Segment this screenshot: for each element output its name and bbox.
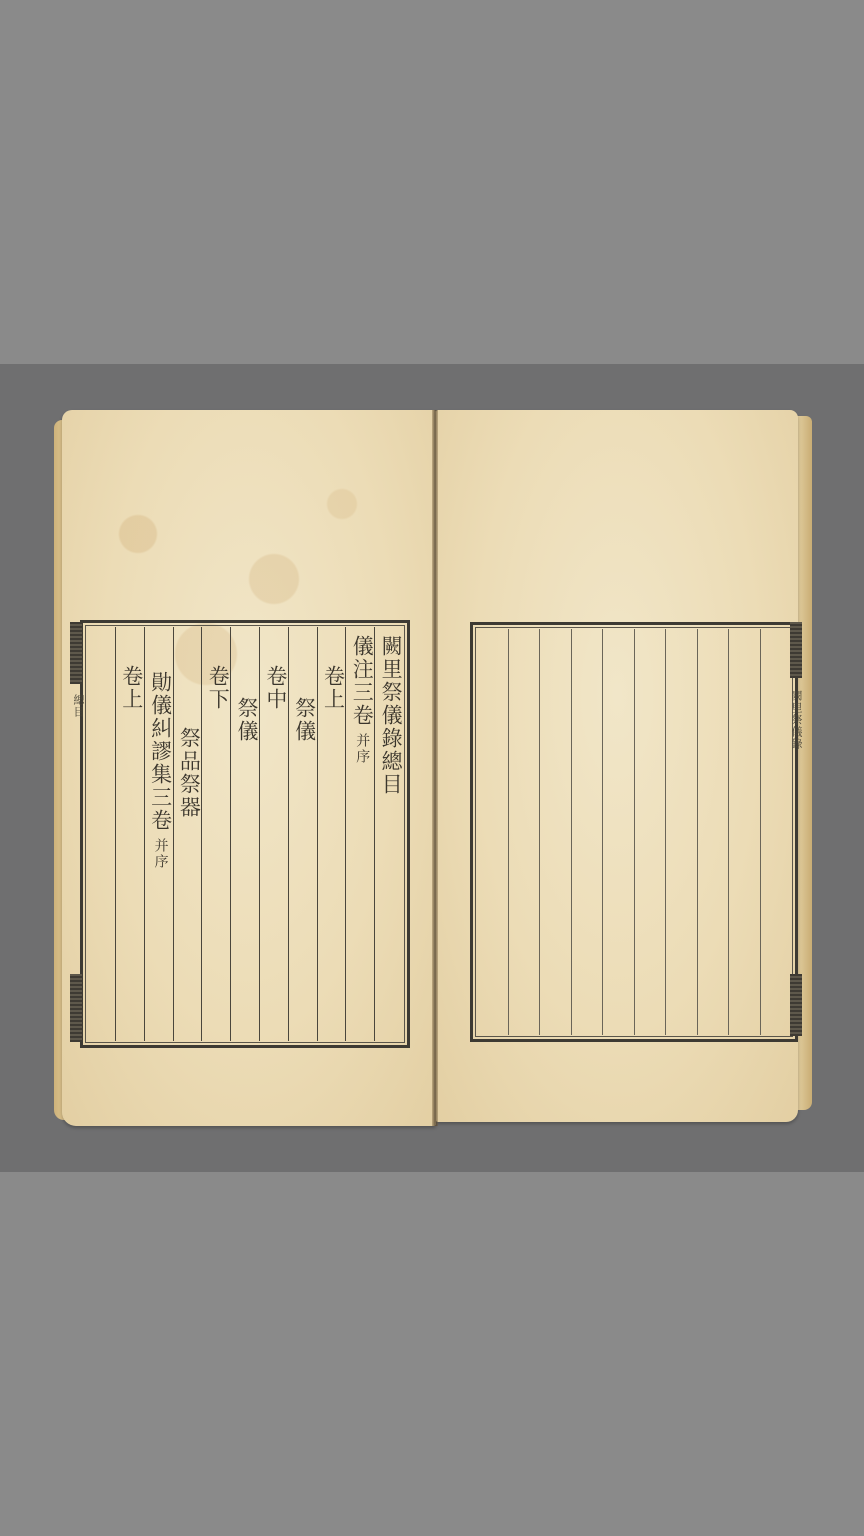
fishtail-strip-icon — [70, 974, 82, 1042]
blank-column — [508, 629, 540, 1035]
toc-entry: 祭儀 — [235, 697, 259, 743]
spine-label-right: 闕里祭儀錄 — [788, 690, 804, 750]
blank-column — [665, 629, 697, 1035]
book-photo: 闕里祭儀錄總目 儀注三卷并序 卷上 祭儀 卷中 祭儀 卷下 祭品祭器 — [0, 364, 864, 1172]
toc-column: 卷上 — [115, 627, 144, 1041]
fishtail-strip-icon — [790, 622, 802, 678]
toc-column: 祭品祭器 — [173, 627, 202, 1041]
right-page-frame — [470, 622, 798, 1042]
toc-column-empty — [87, 627, 115, 1041]
toc-entry: 卷上 — [120, 665, 144, 711]
left-page-columns: 闕里祭儀錄總目 儀注三卷并序 卷上 祭儀 卷中 祭儀 卷下 祭品祭器 — [87, 627, 403, 1041]
blank-column — [571, 629, 603, 1035]
blank-column — [539, 629, 571, 1035]
blank-column — [477, 629, 508, 1035]
left-page-frame: 闕里祭儀錄總目 儀注三卷并序 卷上 祭儀 卷中 祭儀 卷下 祭品祭器 — [80, 620, 410, 1048]
toc-entry: 儀注三卷 — [350, 635, 374, 727]
toc-column: 祭儀 — [288, 627, 317, 1041]
toc-column: 卷下 — [201, 627, 230, 1041]
right-page-columns — [477, 629, 791, 1035]
toc-entry: 祭品祭器 — [177, 727, 201, 819]
toc-column: 闕里祭儀錄總目 — [374, 627, 403, 1041]
toc-column: 儀注三卷并序 — [345, 627, 374, 1041]
toc-entry: 卷下 — [206, 665, 230, 711]
toc-column: 卷中 — [259, 627, 288, 1041]
toc-entry: 勛儀糾謬集三卷 — [149, 671, 173, 832]
blank-column — [634, 629, 666, 1035]
toc-note: 并序 — [154, 838, 168, 870]
toc-column: 祭儀 — [230, 627, 259, 1041]
fishtail-strip-icon — [790, 974, 802, 1036]
toc-column: 勛儀糾謬集三卷并序 — [144, 627, 173, 1041]
toc-entry: 祭儀 — [293, 697, 317, 743]
toc-note: 并序 — [355, 733, 369, 765]
spine-label-left: 總目 — [70, 694, 86, 718]
blank-column — [697, 629, 729, 1035]
toc-entry: 卷中 — [264, 665, 288, 711]
blank-column — [728, 629, 760, 1035]
toc-column: 卷上 — [317, 627, 346, 1041]
toc-title: 闕里祭儀錄總目 — [379, 635, 403, 796]
blank-column — [602, 629, 634, 1035]
book-gutter — [432, 410, 438, 1126]
fishtail-strip-icon — [70, 622, 82, 684]
blank-column — [760, 629, 792, 1035]
toc-entry: 卷上 — [321, 665, 345, 711]
